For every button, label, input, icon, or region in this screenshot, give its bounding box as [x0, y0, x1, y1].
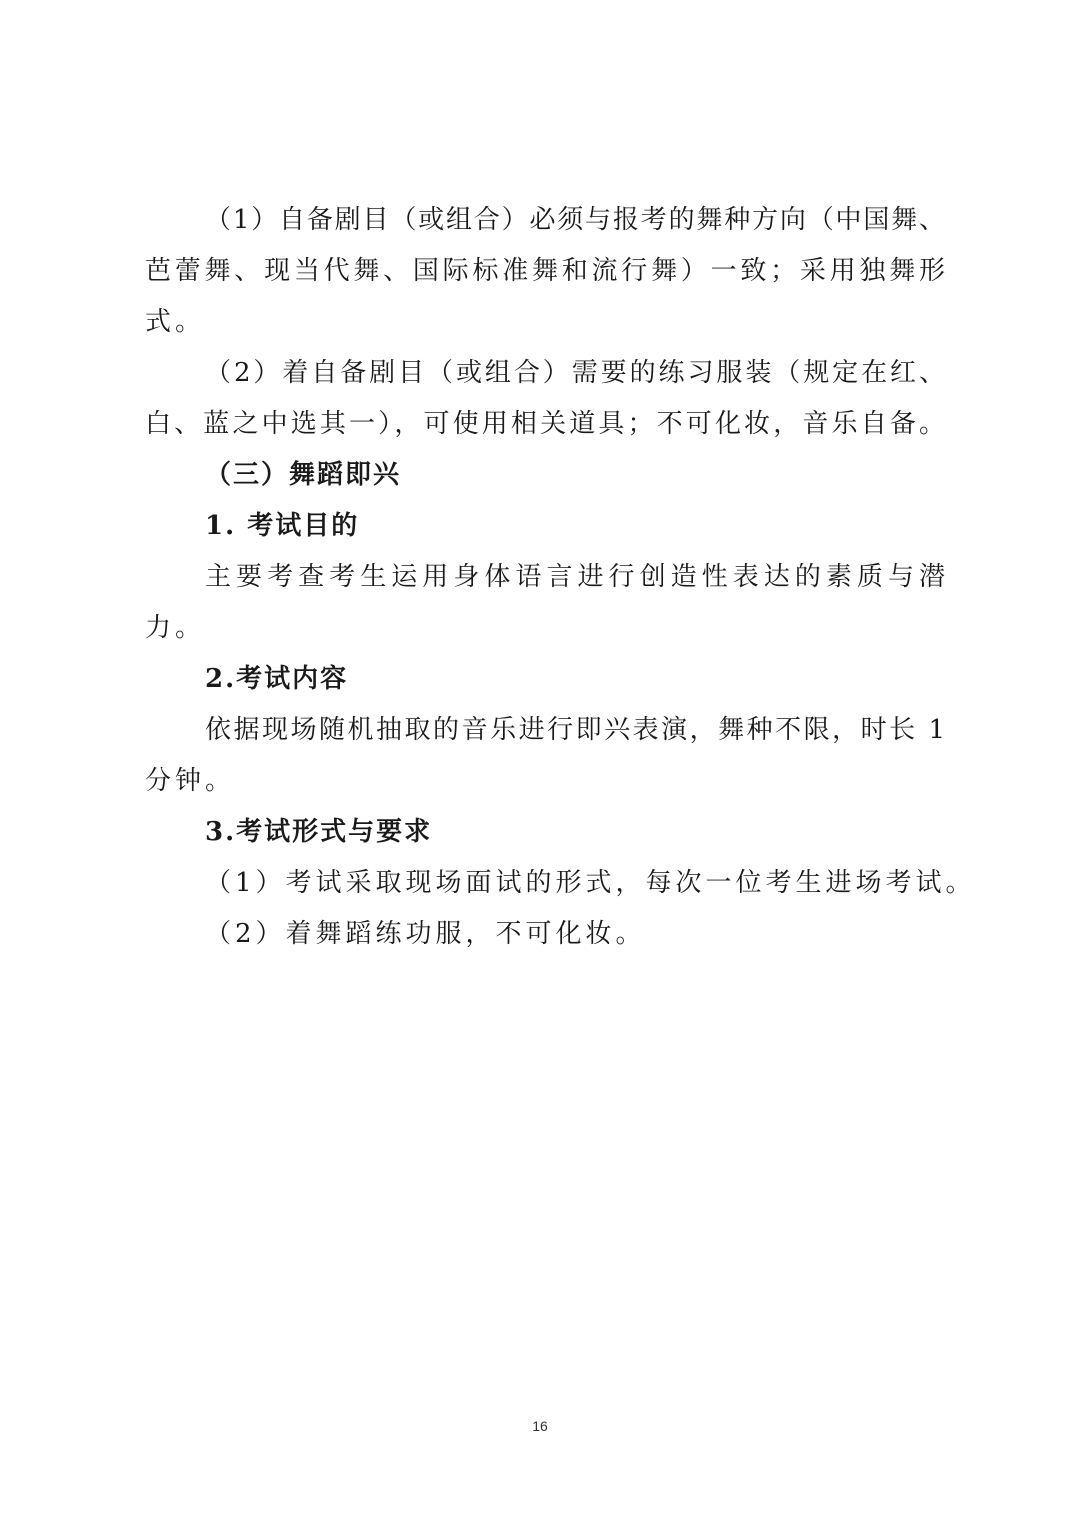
- subsection-heading: 3.考试形式与要求: [205, 815, 432, 849]
- paragraph-line: （2）着自备剧目（或组合）需要的练习服装（规定在红、: [205, 356, 945, 390]
- paragraph-line: 白、蓝之中选其一），可使用相关道具；不可化妆，音乐自备。: [145, 407, 945, 441]
- paragraph-line: 芭蕾舞、现当代舞、国际标准舞和流行舞）一致；采用独舞形: [145, 254, 945, 288]
- paragraph-line: 分钟。: [145, 764, 235, 798]
- paragraph-line: 主要考查考生运用身体语言进行创造性表达的素质与潜: [205, 560, 945, 594]
- paragraph-line: 依据现场随机抽取的音乐进行即兴表演，舞种不限，时长 1: [205, 713, 945, 747]
- paragraph-line: （2）着舞蹈练功服，不可化妆。: [205, 917, 646, 951]
- page-number: 16: [0, 1418, 1080, 1434]
- subsection-heading: 2.考试内容: [205, 662, 348, 696]
- paragraph-line: （1）考试采取现场面试的形式，每次一位考生进场考试。: [205, 866, 976, 900]
- subsection-heading: 1. 考试目的: [205, 509, 359, 543]
- paragraph-line: （1）自备剧目（或组合）必须与报考的舞种方向（中国舞、: [205, 203, 945, 237]
- paragraph-line: 力。: [145, 611, 205, 645]
- section-heading: （三）舞蹈即兴: [205, 458, 401, 492]
- paragraph-line: 式。: [145, 305, 205, 339]
